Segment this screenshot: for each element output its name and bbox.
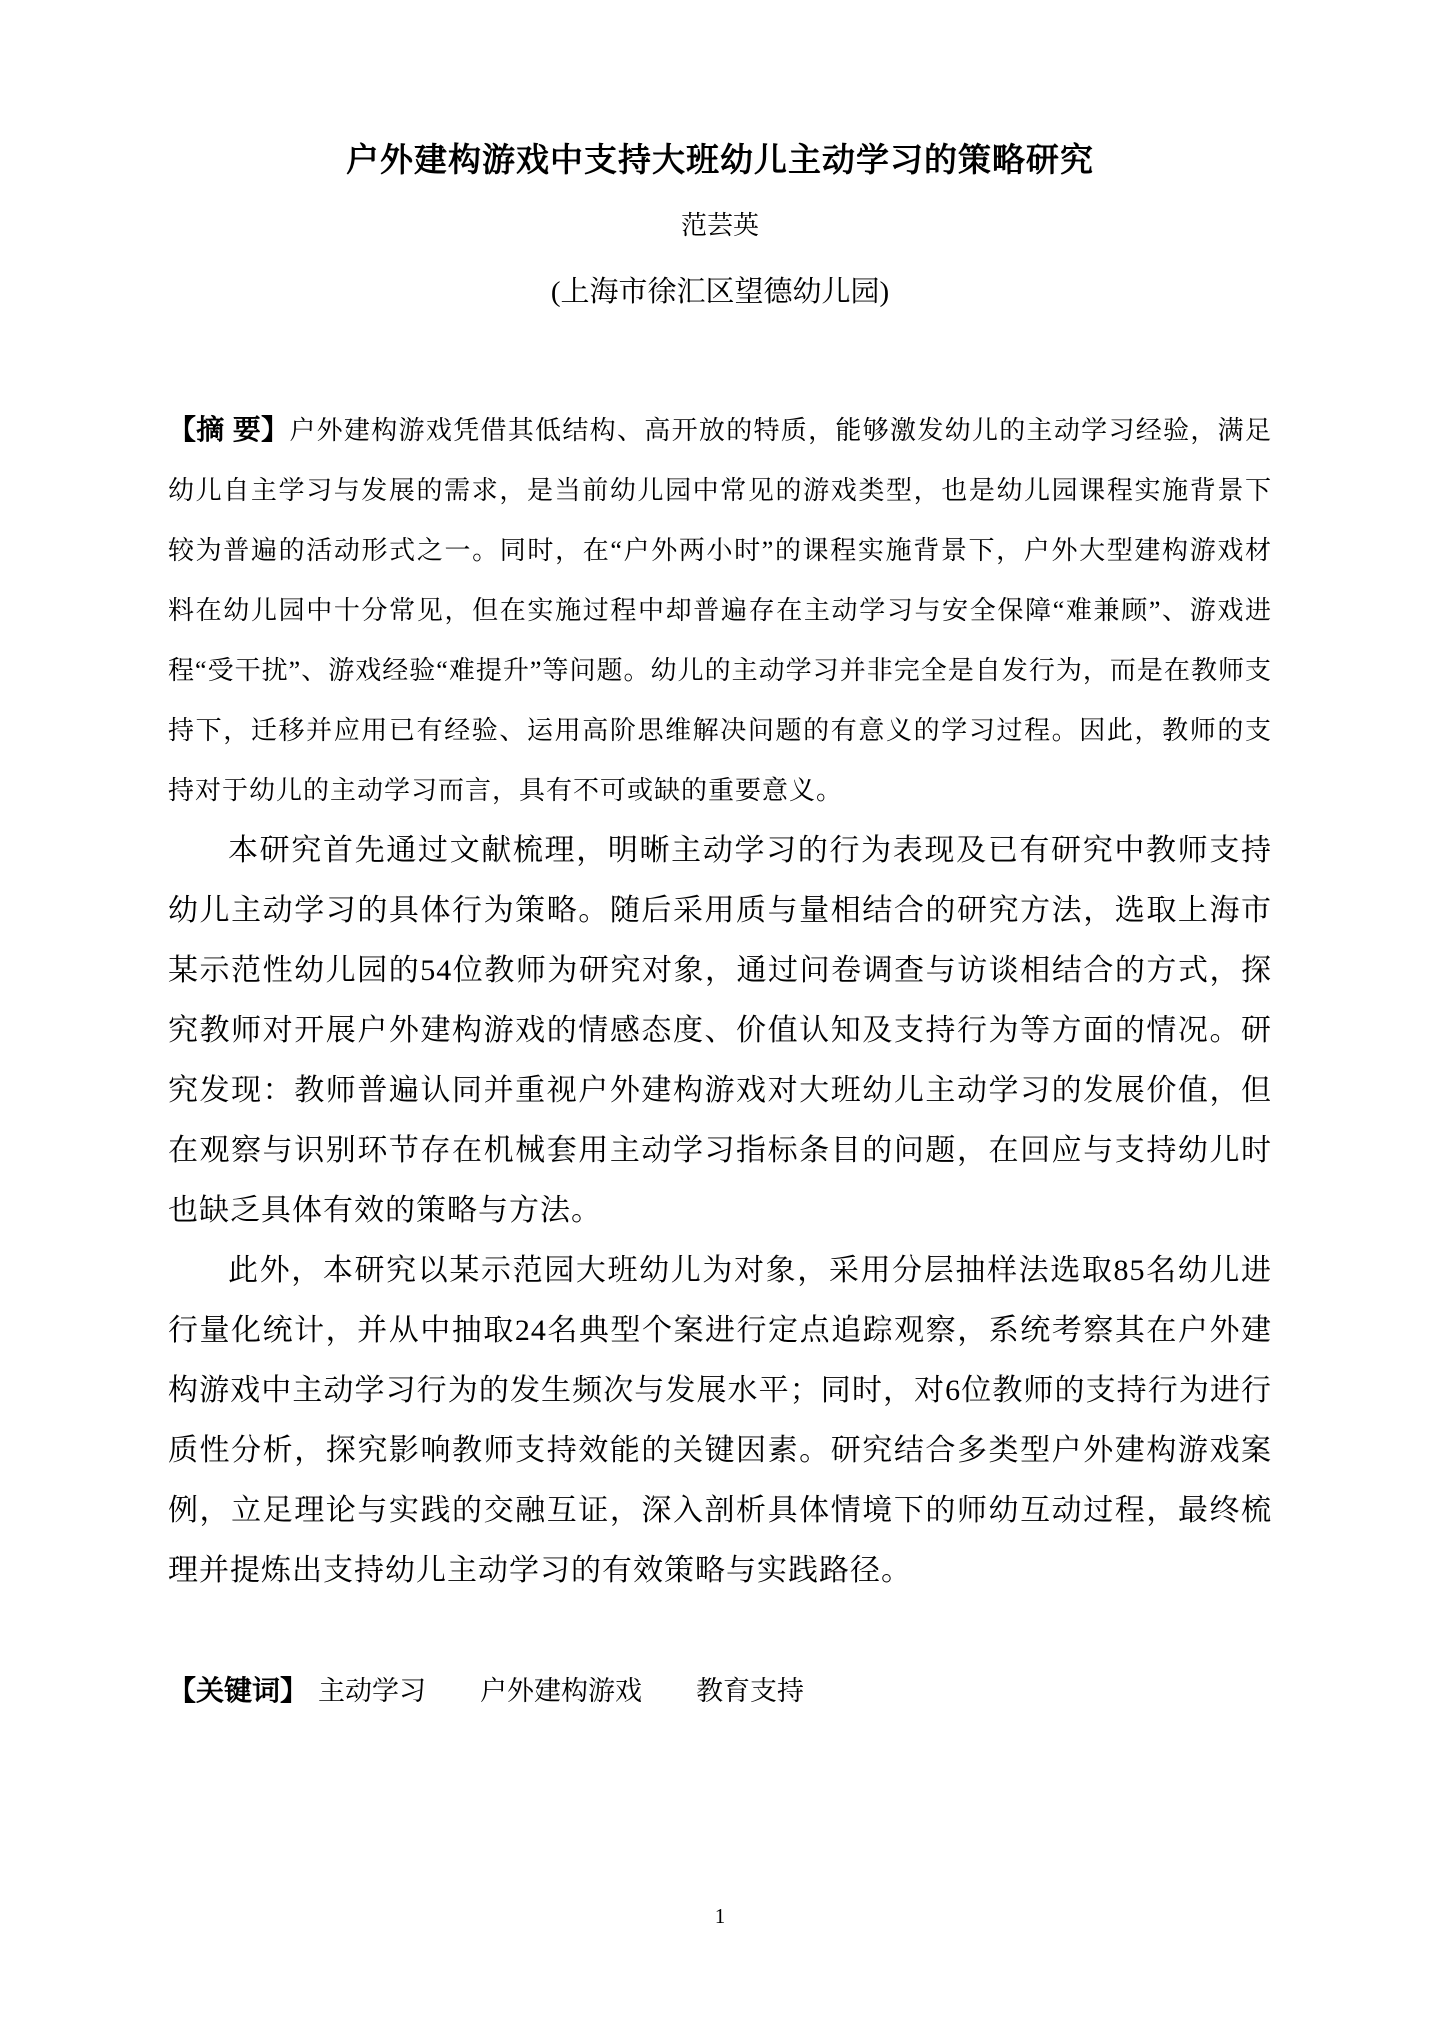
- abstract-section: 【摘 要】户外建构游戏凭借其低结构、高开放的特质，能够激发幼儿的主动学习经验，满…: [168, 400, 1272, 1601]
- abstract-paragraph-2: 本研究首先通过文献梳理，明晰主动学习的行为表现及已有研究中教师支持幼儿主动学习的…: [168, 821, 1272, 1241]
- keyword-item: 教育支持: [696, 1676, 804, 1706]
- abstract-label: 【摘 要】: [168, 414, 289, 445]
- abstract-paragraph-3: 此外，本研究以某示范园大班幼儿为对象，采用分层抽样法选取85名幼儿进行量化统计，…: [168, 1241, 1272, 1601]
- keywords-label: 【关键词】: [168, 1675, 308, 1706]
- page-number: 1: [0, 1904, 1440, 1928]
- author-name: 范芸英: [168, 208, 1272, 244]
- keyword-item: 主动学习: [318, 1676, 426, 1706]
- abstract-text-1: 户外建构游戏凭借其低结构、高开放的特质，能够激发幼儿的主动学习经验，满足幼儿自主…: [168, 416, 1272, 805]
- keywords-row: 【关键词】主动学习户外建构游戏教育支持: [168, 1671, 1272, 1711]
- keyword-item: 户外建构游戏: [480, 1676, 642, 1706]
- document-page: 户外建构游戏中支持大班幼儿主动学习的策略研究 范芸英 (上海市徐汇区望德幼儿园)…: [0, 0, 1440, 2036]
- abstract-paragraph-1: 【摘 要】户外建构游戏凭借其低结构、高开放的特质，能够激发幼儿的主动学习经验，满…: [168, 400, 1272, 821]
- paper-title: 户外建构游戏中支持大班幼儿主动学习的策略研究: [168, 138, 1272, 182]
- author-affiliation: (上海市徐汇区望德幼儿园): [168, 272, 1272, 312]
